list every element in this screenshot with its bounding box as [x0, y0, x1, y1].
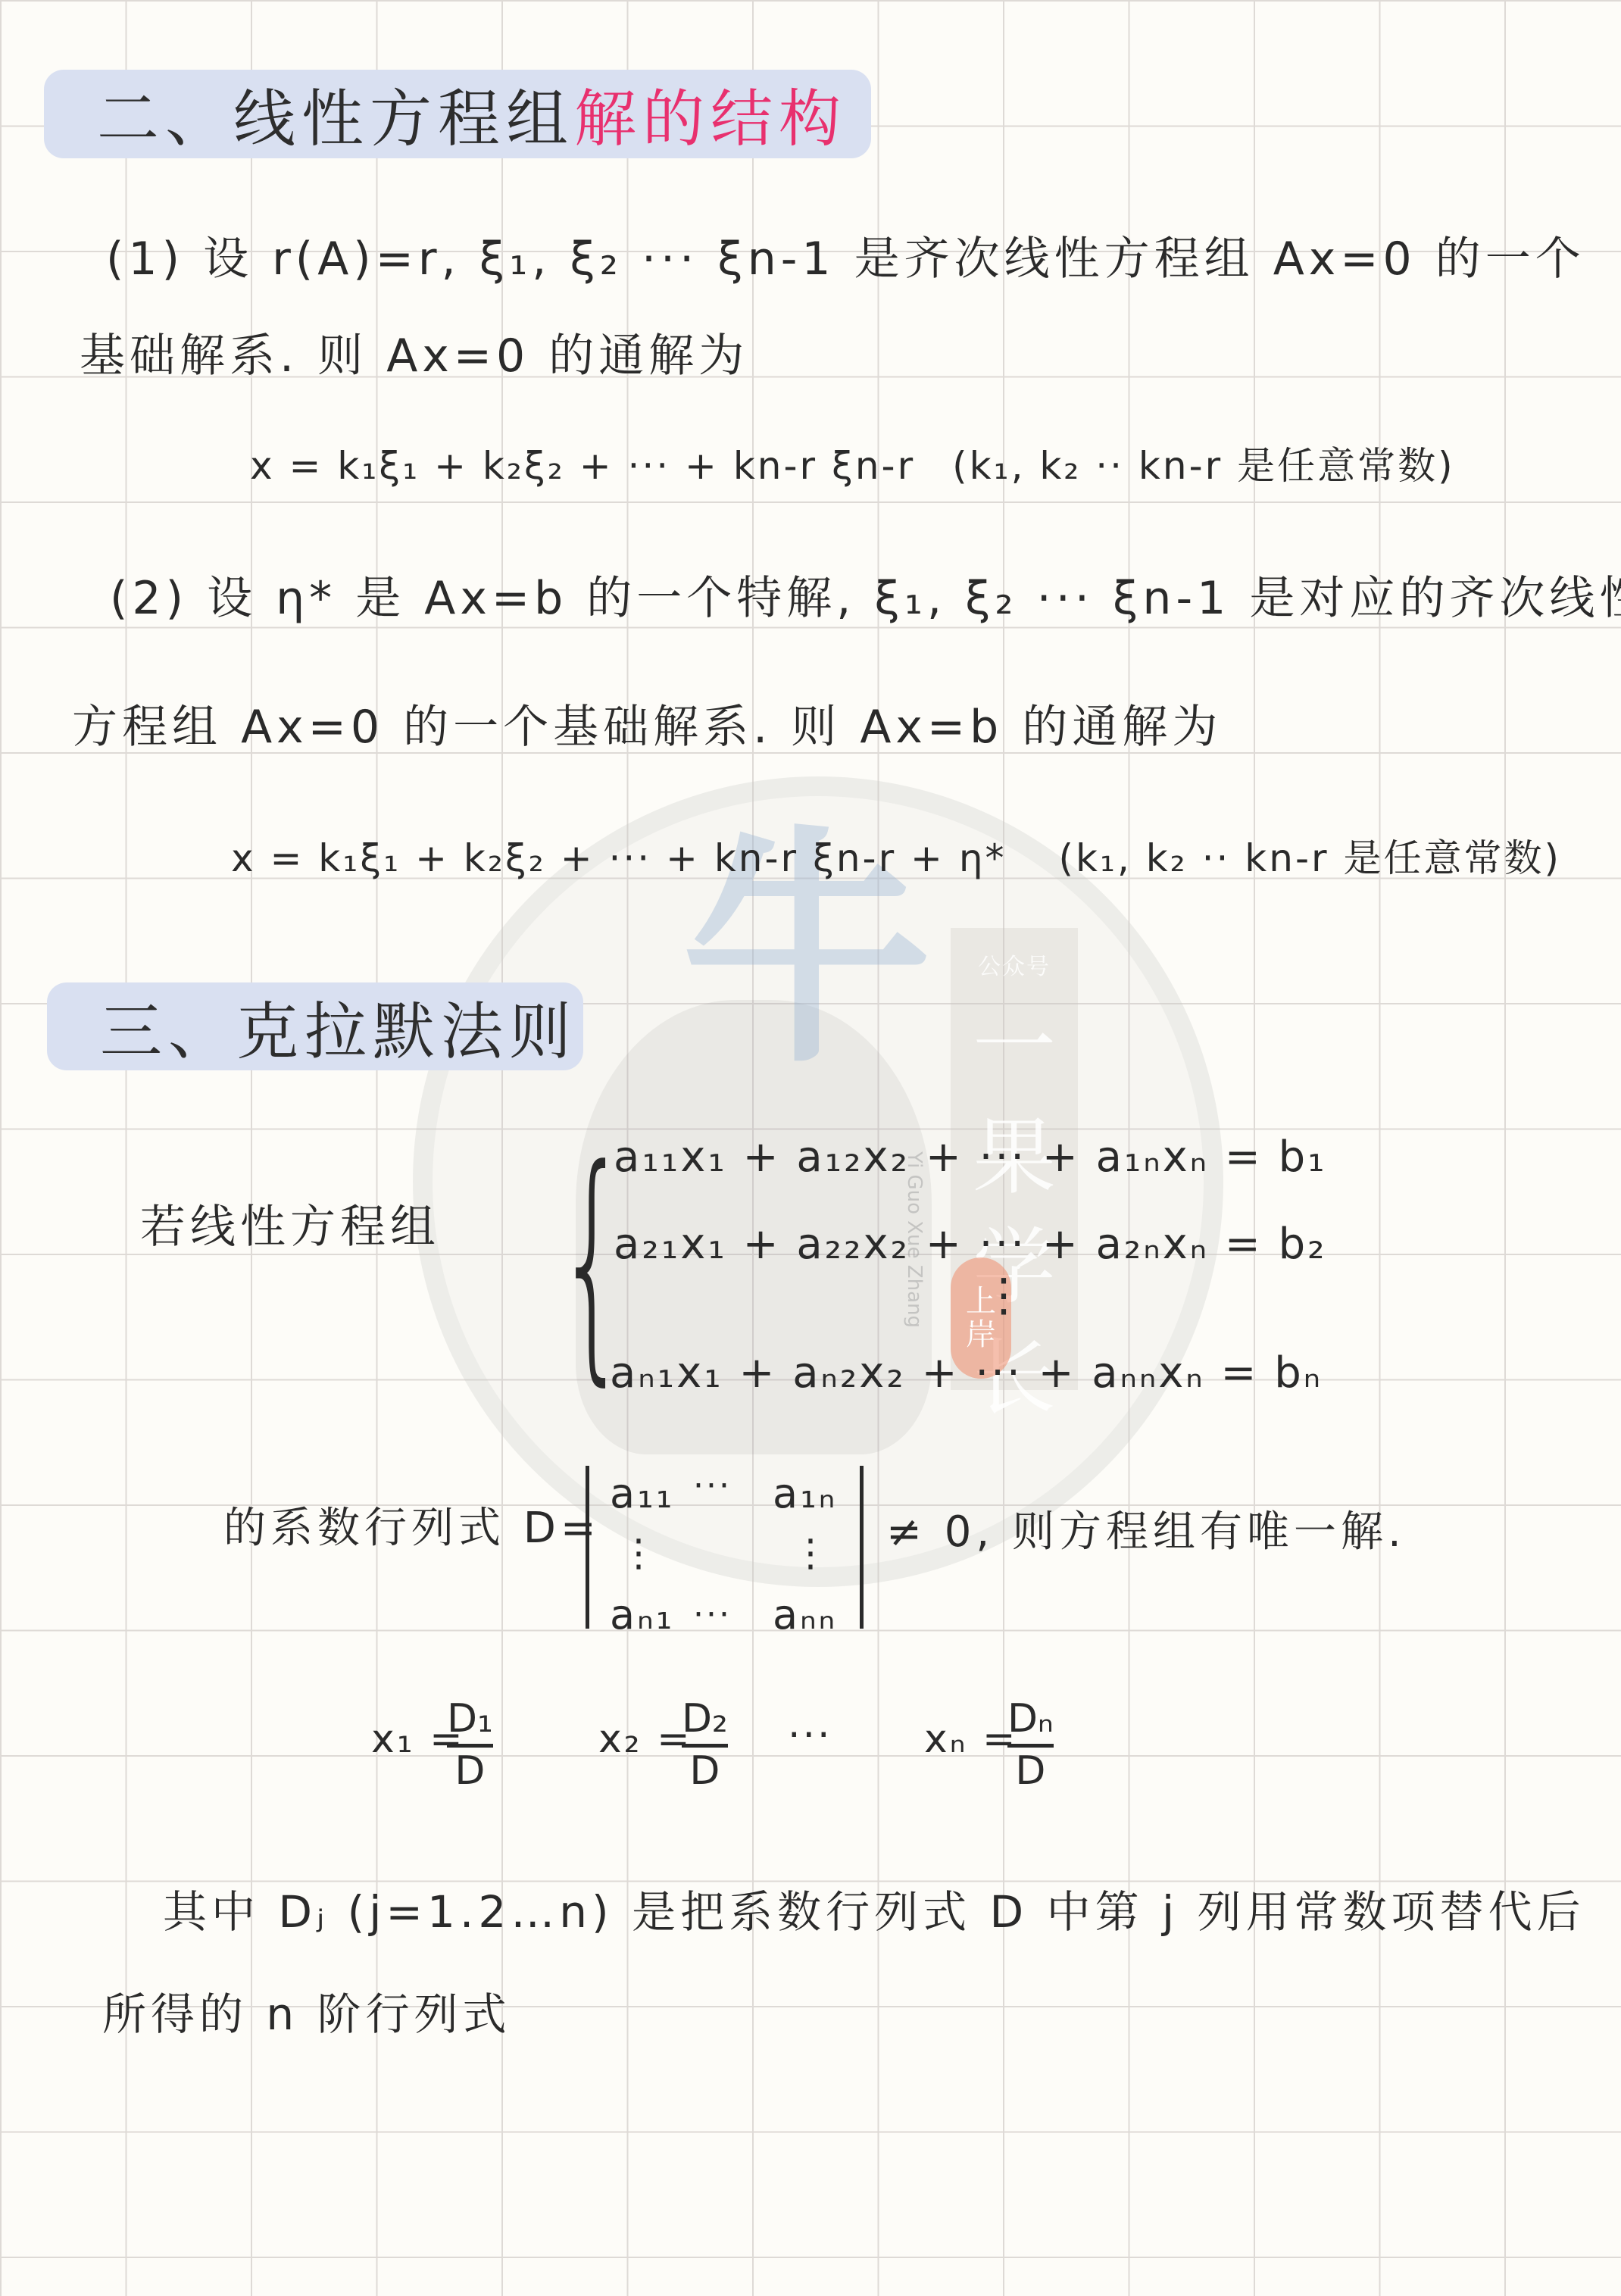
determinant-label: 的系数行列式 D= [223, 1507, 601, 1550]
solution-x2-fraction: D₂ D [682, 1697, 728, 1795]
det-hdots-top: ··· [693, 1470, 732, 1503]
system-label: 若线性方程组 [140, 1204, 440, 1250]
equation-row-2: a₂₁x₁ + a₂₂x₂ + ··· + a₂ₙxₙ = b₂ [614, 1223, 1327, 1266]
numerator: Dₙ [1007, 1697, 1054, 1742]
formula-note: (k₁, k₂ ·· kn-r 是任意常数) [1058, 836, 1561, 880]
note-line1: 其中 Dⱼ (j=1.2…n) 是把系数行列式 D 中第 j 列用常数项替代后 [163, 1890, 1585, 1934]
item1-line2: 基础解系. 则 Ax=0 的通解为 [80, 333, 748, 379]
det-vdots-left: ⋮ [620, 1534, 660, 1572]
solution-xn-lhs: xₙ = [924, 1720, 1018, 1759]
item2-line1: (2) 设 η* 是 Ax=b 的一个特解, ξ₁, ξ₂ ··· ξn-1 是… [110, 576, 1621, 621]
solution-xn-fraction: Dₙ D [1007, 1697, 1054, 1795]
item2-formula: x = k₁ξ₁ + k₂ξ₂ + ··· + kn-r ξn-r + η* (… [231, 839, 1561, 877]
det-vdots-right: ⋮ [792, 1534, 832, 1572]
fraction-bar [447, 1744, 493, 1748]
solution-x2-lhs: x₂ = [598, 1720, 692, 1759]
section2-title-highlight: 解的结构 [574, 70, 847, 158]
det-a1n: a₁ₙ [773, 1473, 837, 1514]
determinant-right-bar [860, 1466, 864, 1629]
determinant-left-bar [586, 1466, 589, 1629]
equation-vdots: ⋮ [981, 1273, 1029, 1318]
solution-x1-fraction: D₁ D [447, 1697, 493, 1795]
section2-title-black: 二、线性方程组 [97, 70, 574, 158]
formula: x = k₁ξ₁ + k₂ξ₂ + ··· + kn-r ξn-r [250, 444, 915, 488]
fraction-bar [682, 1744, 728, 1748]
watermark-char: 一 [973, 1004, 1056, 1092]
note-line2: 所得的 n 阶行列式 [102, 1992, 511, 2036]
watermark-badge-label: 公众号 [978, 948, 1051, 981]
denominator: D [1015, 1749, 1045, 1795]
section2-heading: 二、线性方程组解的结构 [44, 70, 871, 158]
det-ann: aₙₙ [773, 1595, 837, 1635]
numerator: D₂ [682, 1697, 728, 1742]
item2-line2: 方程组 Ax=0 的一个基础解系. 则 Ax=b 的通解为 [72, 704, 1222, 750]
item1-formula: x = k₁ξ₁ + k₂ξ₂ + ··· + kn-r ξn-r (k₁, k… [250, 447, 1455, 485]
det-an1: aₙ₁ [610, 1595, 674, 1635]
denominator: D [454, 1749, 485, 1795]
formula-note: (k₁, k₂ ·· kn-r 是任意常数) [952, 444, 1455, 488]
item1-line1: (1) 设 r(A)=r, ξ₁, ξ₂ ··· ξn-1 是齐次线性方程组 A… [106, 236, 1585, 282]
formula: x = k₁ξ₁ + k₂ξ₂ + ··· + kn-r ξn-r + η* [231, 836, 1007, 880]
equation-row-n: aₙ₁x₁ + aₙ₂x₂ + ··· + aₙₙxₙ = bₙ [610, 1352, 1323, 1395]
fraction-bar [1007, 1744, 1054, 1748]
equation-row-1: a₁₁x₁ + a₁₂x₂ + ··· + a₁ₙxₙ = b₁ [614, 1136, 1327, 1179]
numerator: D₁ [447, 1697, 493, 1742]
det-a11: a₁₁ [610, 1473, 674, 1514]
solutions-ellipsis: ··· [788, 1716, 832, 1755]
det-hdots-bottom: ··· [693, 1598, 732, 1632]
section3-heading: 三、克拉默法则 [47, 982, 583, 1070]
determinant-conclusion: ≠ 0, 则方程组有唯一解. [886, 1511, 1406, 1554]
section3-title: 三、克拉默法则 [100, 982, 577, 1071]
seal-char: 岸 [966, 1318, 996, 1351]
denominator: D [689, 1749, 720, 1795]
